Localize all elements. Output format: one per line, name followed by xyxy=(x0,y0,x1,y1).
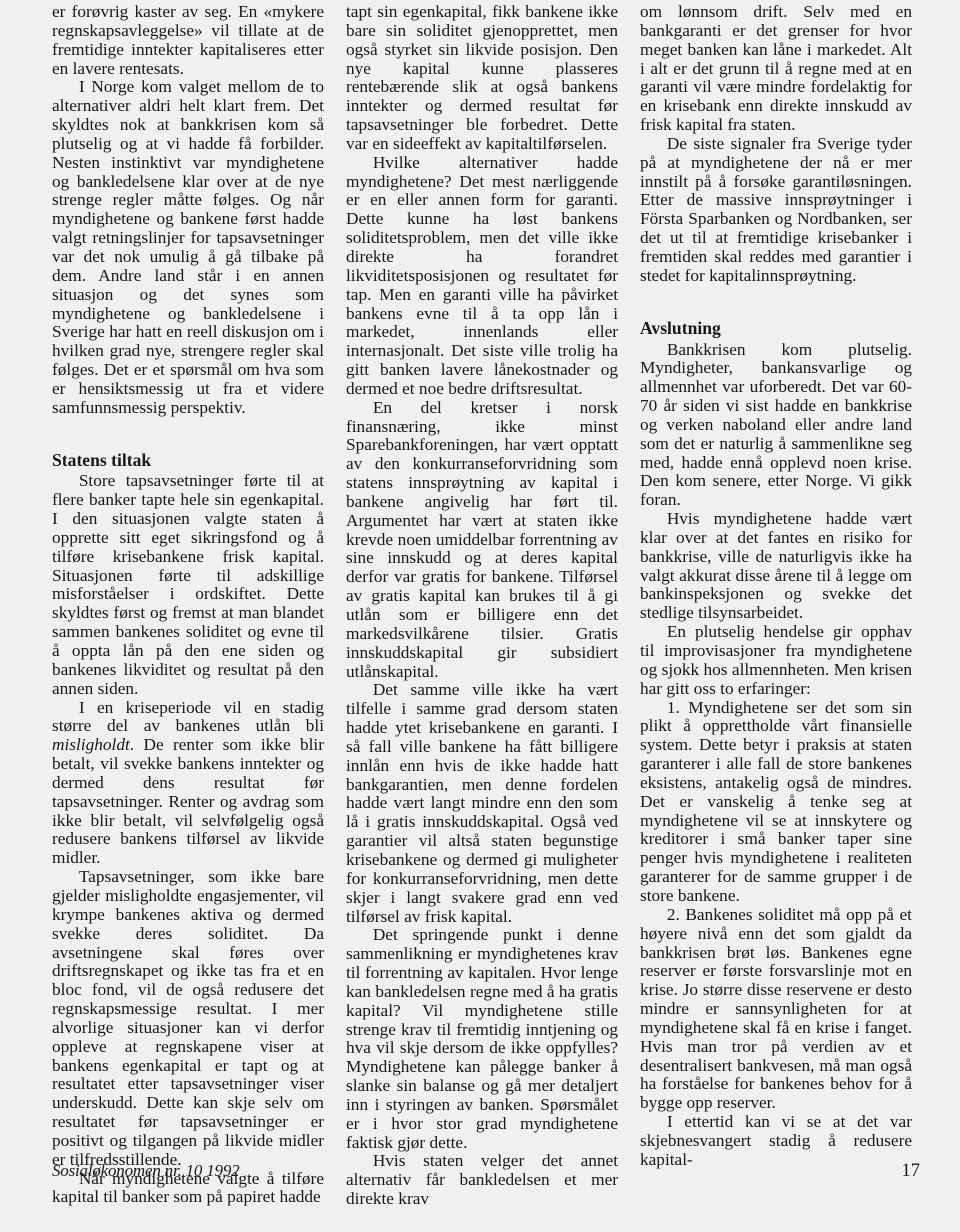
page-footer: Sosialøkonomen nr. 10 1992 17 xyxy=(52,1161,920,1182)
paragraph: 1. Myndighetene ser det som sin plikt å … xyxy=(640,699,912,906)
text-segment: tapt sin egenkapital, fikk bankene ikke … xyxy=(346,2,618,153)
paragraph: tapt sin egenkapital, fikk bankene ikke … xyxy=(346,3,618,154)
paragraph: Tapsavsetninger, som ikke bare gjelder m… xyxy=(52,868,324,1170)
text-column-1: er forøvrig kaster av seg. En «mykere re… xyxy=(52,3,324,1209)
paragraph: Hvis myndighetene hadde vært klar over a… xyxy=(640,510,912,623)
journal-title: Sosialøkonomen nr. 10 1992 xyxy=(52,1161,239,1181)
text-segment: Store tapsavsetninger førte til at flere… xyxy=(52,471,324,697)
paragraph: Bankkrisen kom plutselig. Myndigheter, b… xyxy=(640,341,912,511)
page-number: 17 xyxy=(902,1161,921,1182)
text-column-2: tapt sin egenkapital, fikk bankene ikke … xyxy=(346,3,618,1209)
article-columns: er forøvrig kaster av seg. En «mykere re… xyxy=(52,3,912,1209)
paragraph: I Norge kom valget mellom de to alternat… xyxy=(52,78,324,417)
paragraph: Store tapsavsetninger førte til at flere… xyxy=(52,472,324,698)
paragraph: En del kretser i norsk finansnæring, ikk… xyxy=(346,399,618,682)
text-segment: I Norge kom valget mellom de to alternat… xyxy=(52,77,324,416)
text-segment: om lønnsom drift. Selv med en bankgarant… xyxy=(640,2,912,134)
section-heading: Avslutning xyxy=(640,319,912,338)
italic-text: misligholdt xyxy=(52,735,130,754)
text-segment: De siste signaler fra Sverige tyder på a… xyxy=(640,134,912,285)
paragraph: I en kriseperiode vil en stadig større d… xyxy=(52,699,324,869)
text-segment: En plutselig hendelse gir opphav til imp… xyxy=(640,622,912,698)
paragraph: er forøvrig kaster av seg. En «mykere re… xyxy=(52,3,324,78)
text-segment: Hvilke alternativer hadde myndighetene? … xyxy=(346,153,618,398)
text-segment: Bankkrisen kom plutselig. Myndigheter, b… xyxy=(640,340,912,510)
paragraph: Det springende punkt i denne sammenlikni… xyxy=(346,926,618,1152)
text-segment: Det samme ville ikke ha vært tilfelle i … xyxy=(346,680,618,925)
text-segment: 1. Myndighetene ser det som sin plikt å … xyxy=(640,698,912,905)
paragraph: Hvilke alternativer hadde myndighetene? … xyxy=(346,154,618,399)
text-segment: I en kriseperiode vil en stadig større d… xyxy=(52,698,324,736)
text-segment: Det springende punkt i denne sammenlikni… xyxy=(346,925,618,1151)
text-segment: er forøvrig kaster av seg. En «mykere re… xyxy=(52,2,324,78)
journal-page: er forøvrig kaster av seg. En «mykere re… xyxy=(0,0,960,1232)
paragraph: De siste signaler fra Sverige tyder på a… xyxy=(640,135,912,286)
section-heading: Statens tiltak xyxy=(52,451,324,470)
paragraph: 2. Bankenes soliditet må opp på et høyer… xyxy=(640,906,912,1113)
text-segment: 2. Bankenes soliditet må opp på et høyer… xyxy=(640,905,912,1112)
paragraph: En plutselig hendelse gir opphav til imp… xyxy=(640,623,912,698)
text-segment: Tapsavsetninger, som ikke bare gjelder m… xyxy=(52,867,324,1169)
paragraph: Det samme ville ikke ha vært tilfelle i … xyxy=(346,681,618,926)
text-segment: En del kretser i norsk finansnæring, ikk… xyxy=(346,398,618,681)
paragraph: om lønnsom drift. Selv med en bankgarant… xyxy=(640,3,912,135)
text-segment: Hvis myndighetene hadde vært klar over a… xyxy=(640,509,912,622)
text-column-3: om lønnsom drift. Selv med en bankgarant… xyxy=(640,3,912,1209)
text-segment: . De renter som ikke blir betalt, vil sv… xyxy=(52,735,324,867)
